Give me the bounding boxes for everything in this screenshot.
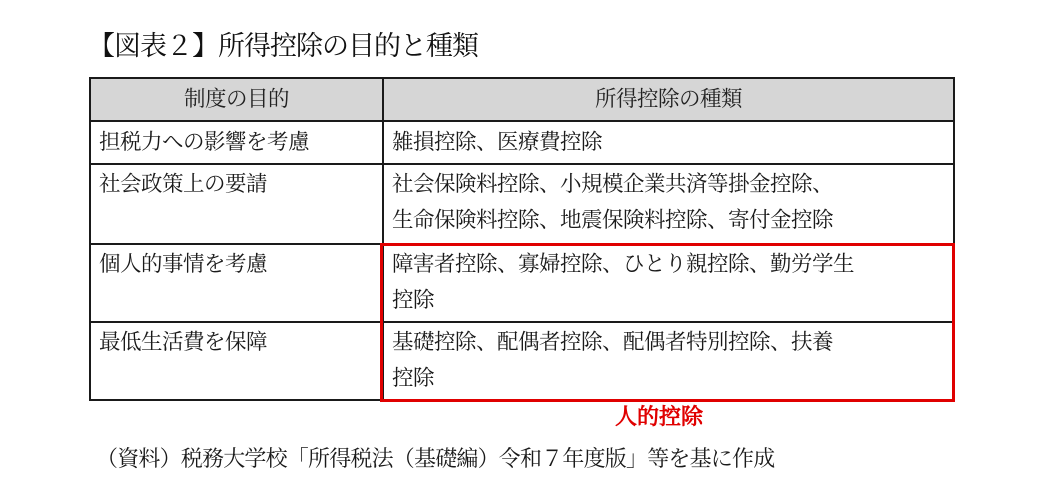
kinds-line: 障害者控除、寡婦控除、ひとり親控除、勤労学生	[392, 247, 945, 283]
kinds-line: 雑損控除、医療費控除	[392, 122, 945, 163]
header-kinds: 所得控除の種類	[383, 78, 954, 121]
purpose-cell: 社会政策上の要請	[90, 164, 383, 244]
table-row: 担税力への影響を考慮 雑損控除、医療費控除	[90, 121, 954, 164]
kinds-line: 控除	[392, 283, 945, 319]
source-note: （資料）税務大学校「所得税法（基礎編）令和７年度版」等を基に作成	[96, 444, 774, 476]
purpose-cell: 担税力への影響を考慮	[90, 121, 383, 164]
figure-title: 【図表２】所得控除の目的と種類	[88, 30, 478, 64]
deductions-table-container: 制度の目的 所得控除の種類 担税力への影響を考慮 雑損控除、医療費控除 社会政策…	[89, 77, 955, 401]
deductions-table: 制度の目的 所得控除の種類 担税力への影響を考慮 雑損控除、医療費控除 社会政策…	[89, 77, 955, 401]
table-header-row: 制度の目的 所得控除の種類	[90, 78, 954, 121]
kinds-cell: 社会保険料控除、小規模企業共済等掛金控除、 生命保険料控除、地震保険料控除、寄付…	[383, 164, 954, 244]
personal-deductions-label: 人的控除	[615, 403, 703, 433]
kinds-line: 控除	[392, 361, 945, 397]
kinds-line: 基礎控除、配偶者控除、配偶者特別控除、扶養	[392, 325, 945, 361]
table-row: 最低生活費を保障 基礎控除、配偶者控除、配偶者特別控除、扶養 控除	[90, 322, 954, 400]
table-row: 個人的事情を考慮 障害者控除、寡婦控除、ひとり親控除、勤労学生 控除	[90, 244, 954, 322]
header-purpose: 制度の目的	[90, 78, 383, 121]
purpose-cell: 個人的事情を考慮	[90, 244, 383, 322]
kinds-cell: 基礎控除、配偶者控除、配偶者特別控除、扶養 控除	[383, 322, 954, 400]
kinds-cell: 障害者控除、寡婦控除、ひとり親控除、勤労学生 控除	[383, 244, 954, 322]
purpose-cell: 最低生活費を保障	[90, 322, 383, 400]
table-row: 社会政策上の要請 社会保険料控除、小規模企業共済等掛金控除、 生命保険料控除、地…	[90, 164, 954, 244]
kinds-cell: 雑損控除、医療費控除	[383, 121, 954, 164]
kinds-line: 社会保険料控除、小規模企業共済等掛金控除、	[392, 167, 945, 203]
kinds-line: 生命保険料控除、地震保険料控除、寄付金控除	[392, 203, 945, 239]
